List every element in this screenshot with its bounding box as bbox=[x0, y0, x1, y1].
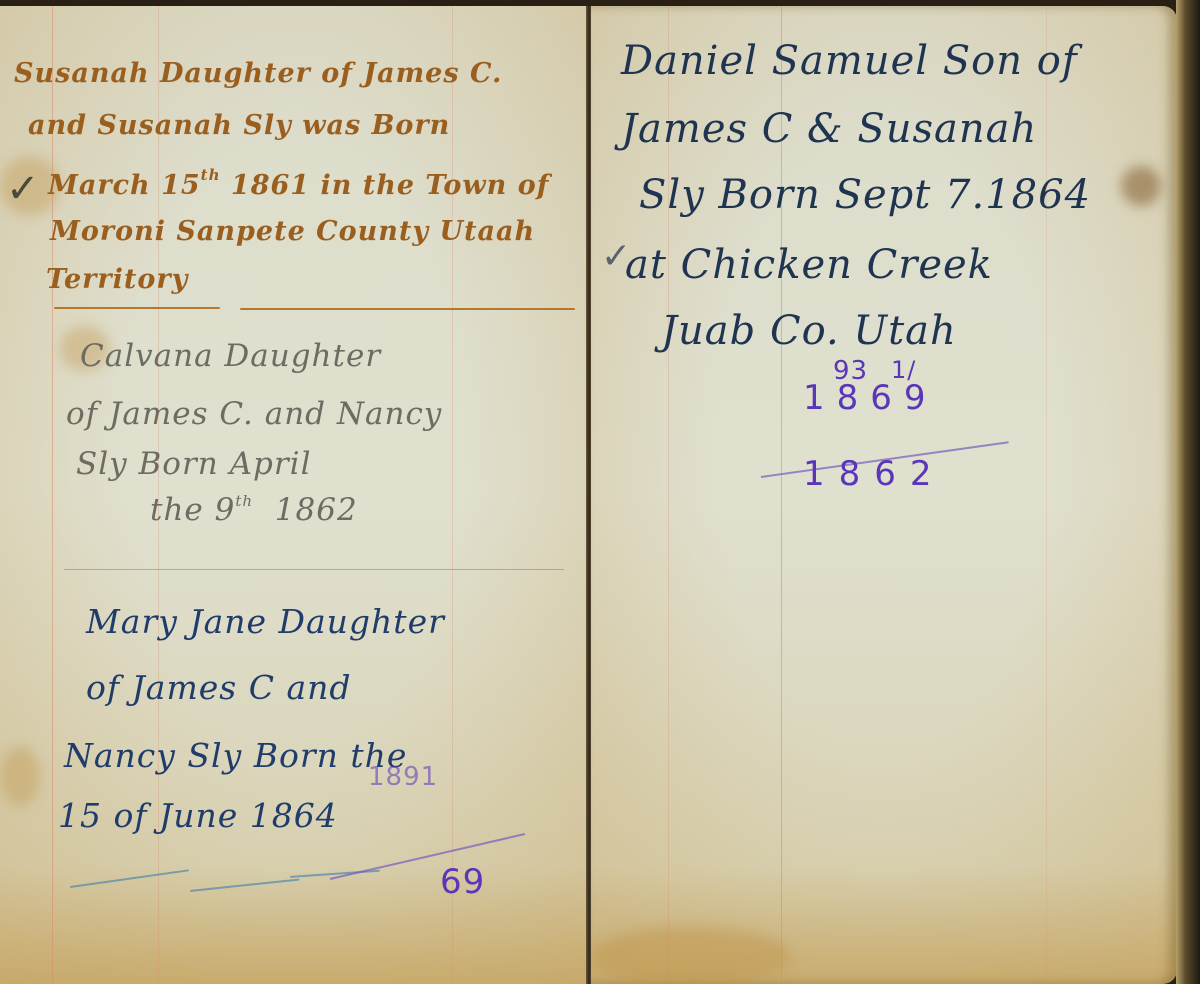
margin-rule bbox=[1046, 6, 1047, 984]
right-page: ✓ Daniel Samuel Son of James C & Susanah… bbox=[591, 6, 1177, 984]
margin-rule bbox=[668, 6, 669, 984]
entry-line: Mary Jane Daughter bbox=[86, 602, 445, 641]
entry-line: Moroni Sanpete County Utaah bbox=[50, 216, 535, 247]
entry-line: Susanah Daughter of James C. bbox=[14, 58, 502, 89]
purple-annotation: 1869 bbox=[803, 378, 938, 418]
purple-annotation: 1862 bbox=[803, 454, 946, 494]
checkmark-icon: ✓ bbox=[6, 166, 40, 212]
signature-flourish bbox=[190, 879, 300, 892]
margin-rule bbox=[52, 6, 53, 984]
entry-line: Sly Born April bbox=[76, 446, 311, 482]
purple-annotation: 69 bbox=[440, 862, 485, 902]
entry-line: March 15th 1861 in the Town of bbox=[48, 166, 549, 201]
entry-divider bbox=[54, 307, 220, 309]
entry-line: Juab Co. Utah bbox=[661, 308, 957, 354]
entry-line: of James C and bbox=[86, 668, 352, 707]
book-cover-edge bbox=[1176, 0, 1200, 984]
book-photo: ✓ Susanah Daughter of James C. and Susan… bbox=[0, 0, 1200, 984]
entry-divider bbox=[64, 569, 564, 570]
entry-line: James C & Susanah bbox=[621, 106, 1037, 152]
entry-line: Sly Born Sept 7.1864 bbox=[639, 172, 1091, 218]
entry-line: the 9th 1862 bbox=[150, 492, 358, 528]
purple-annotation: 1891 bbox=[368, 762, 438, 792]
entry-line: and Susanah Sly was Born bbox=[28, 110, 450, 141]
entry-line: Daniel Samuel Son of bbox=[621, 38, 1078, 84]
margin-rule bbox=[452, 6, 453, 984]
paper-stain bbox=[0, 746, 40, 806]
entry-divider bbox=[240, 308, 575, 310]
entry-line: of James C. and Nancy bbox=[66, 396, 442, 432]
entry-line: Nancy Sly Born the bbox=[64, 736, 407, 775]
purple-strike-line bbox=[330, 833, 525, 880]
paper-stain bbox=[1121, 166, 1161, 206]
entry-line: 15 of June 1864 bbox=[58, 796, 338, 835]
entry-line: Calvana Daughter bbox=[80, 338, 381, 374]
margin-rule bbox=[781, 6, 782, 984]
left-page: ✓ Susanah Daughter of James C. and Susan… bbox=[0, 6, 590, 984]
entry-line: at Chicken Creek bbox=[625, 242, 993, 288]
entry-line: Territory bbox=[46, 264, 188, 295]
paper-stain bbox=[591, 926, 791, 984]
signature-flourish bbox=[70, 869, 189, 888]
